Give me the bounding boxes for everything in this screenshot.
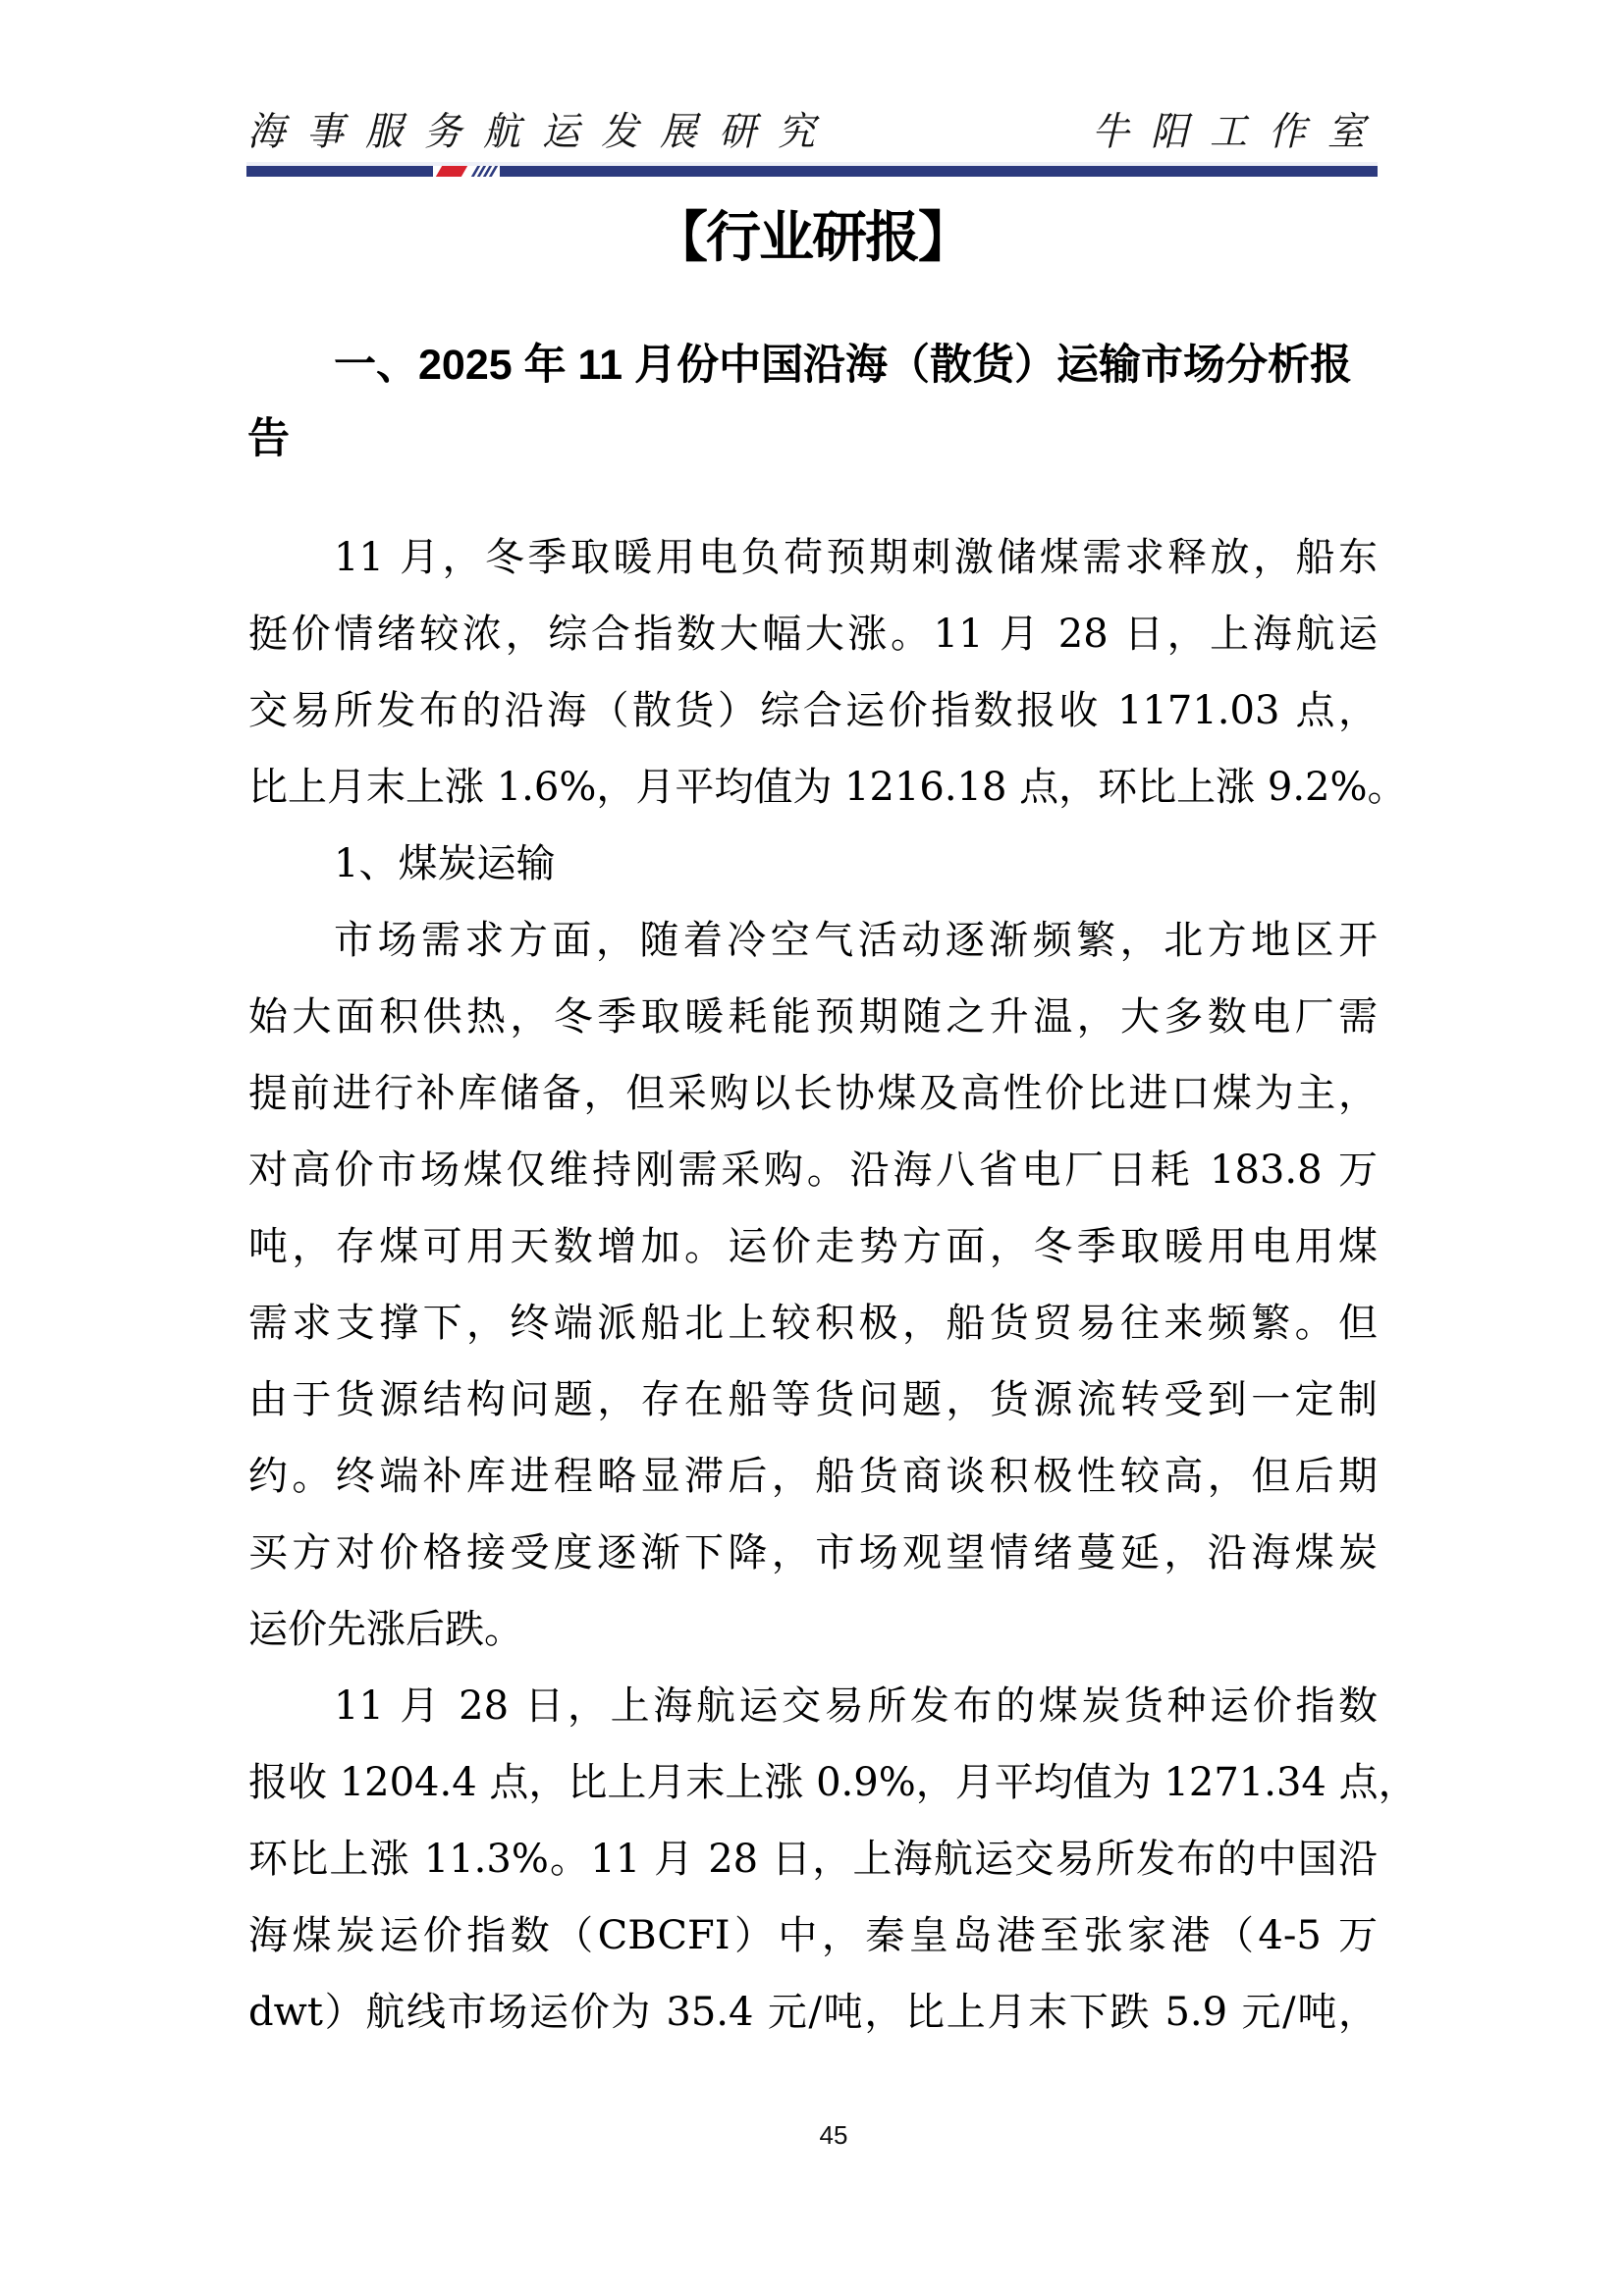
body-line: 约。终端补库进程略显滞后，船货商谈积极性较高，但后期: [248, 1451, 1378, 1502]
body-line: 海煤炭运价指数（CBCFI）中，秦皇岛港至张家港（4-5 万: [248, 1910, 1378, 1961]
body-line: 11 月 28 日，上海航运交易所发布的煤炭货种运价指数: [334, 1681, 1378, 1732]
report-heading-line2: 告: [247, 409, 290, 468]
body-line: 11 月，冬季取暖用电负荷预期刺激储煤需求释放，船东: [334, 532, 1378, 583]
body-line: 买方对价格接受度逐渐下降，市场观望情绪蔓延，沿海煤炭: [248, 1527, 1378, 1578]
header-rule: [246, 166, 1378, 177]
body-line: 提前进行补库储备，但采购以长协煤及高性价比进口煤为主，: [248, 1068, 1378, 1119]
header-studio-name: 牛阳工作室: [1092, 105, 1386, 159]
header-publication-title: 海事服务航运发展研究: [247, 105, 837, 159]
body-line: 交易所发布的沿海（散货）综合运价指数报收 1171.03 点，: [248, 685, 1378, 736]
header-rule-navy-left: [246, 166, 433, 177]
body-line: 环比上涨 11.3%。11 月 28 日，上海航运交易所发布的中国沿: [248, 1834, 1378, 1885]
page-number: 45: [0, 2120, 1624, 2151]
body-line: dwt）航线市场运价为 35.4 元/吨，比上月末下跌 5.9 元/吨，: [248, 1987, 1378, 2038]
section-label: 【行业研报】: [0, 204, 1624, 273]
body-line: 始大面积供热，冬季取暖耗能预期随之升温，大多数电厂需: [248, 991, 1378, 1042]
subsection-heading-coal-transport: 1、煤炭运输: [334, 838, 1378, 889]
body-line: 由于货源结构问题，存在船等货问题，货源流转受到一定制: [248, 1374, 1378, 1425]
body-line: 需求支撑下，终端派船北上较积极，船货贸易往来频繁。但: [248, 1298, 1378, 1349]
body-line: 报收 1204.4 点，比上月末上涨 0.9%，月平均值为 1271.34 点，: [248, 1757, 1378, 1808]
body-line: 对高价市场煤仅维持刚需采购。沿海八省电厂日耗 183.8 万: [248, 1145, 1378, 1196]
report-heading-line1: 一、2025 年 11 月份中国沿海（散货）运输市场分析报: [334, 336, 1352, 395]
document-page: 海事服务航运发展研究 牛阳工作室 【行业研报】 一、2025 年 11 月份中国…: [0, 0, 1624, 2296]
body-line: 比上月末上涨 1.6%，月平均值为 1216.18 点，环比上涨 9.2%。: [248, 762, 1378, 813]
header-rule-navy-right: [500, 166, 1378, 177]
body-line: 吨，存煤可用天数增加。运价走势方面，冬季取暖用电用煤: [248, 1221, 1378, 1272]
body-line: 挺价情绪较浓，综合指数大幅大涨。11 月 28 日，上海航运: [248, 609, 1378, 660]
body-line: 市场需求方面，随着冷空气活动逐渐频繁，北方地区开: [334, 915, 1378, 966]
body-line: 运价先涨后跌。: [248, 1604, 1378, 1655]
header-rule-red-accent: [436, 166, 467, 177]
